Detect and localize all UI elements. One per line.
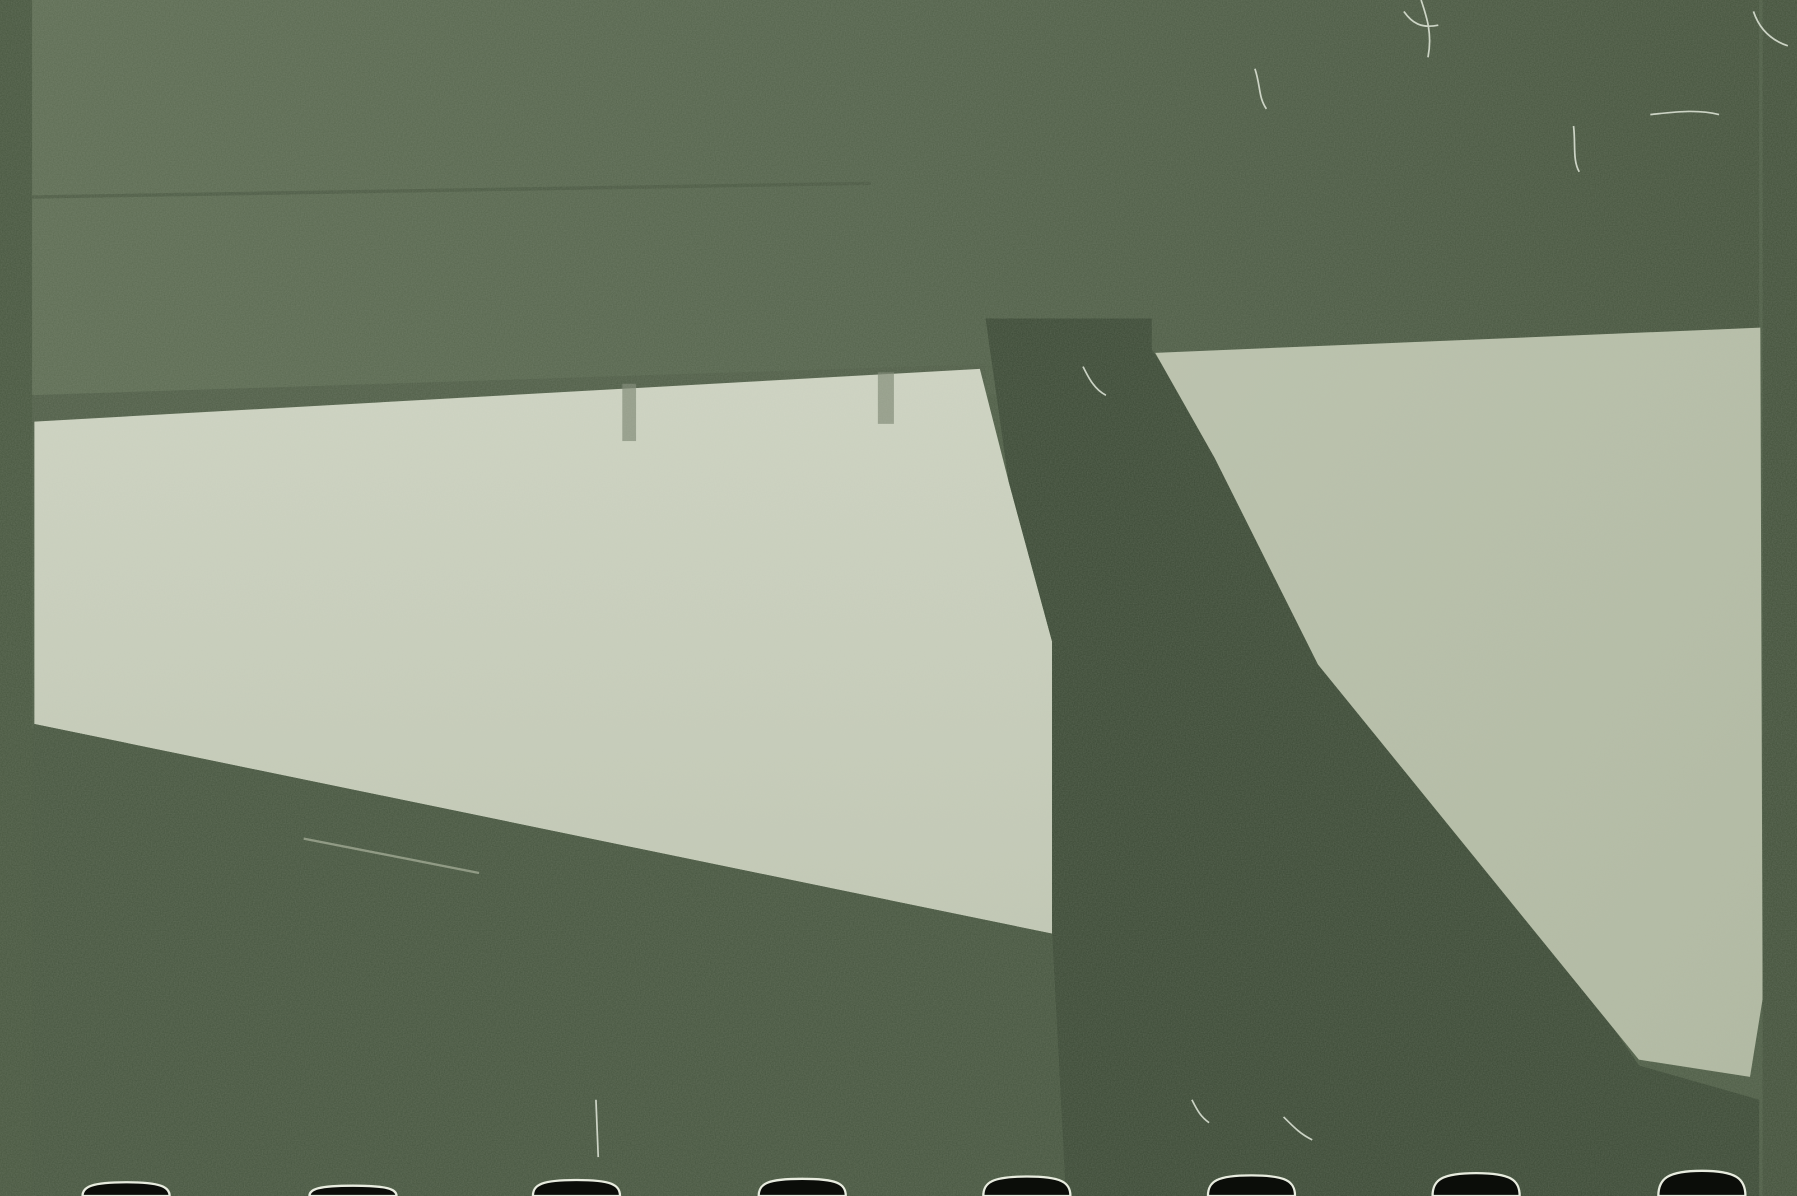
sprocket-hole (309, 1186, 396, 1196)
sprocket-hole (83, 1182, 170, 1196)
sprocket-hole (983, 1177, 1070, 1196)
sprocket-hole (533, 1180, 620, 1196)
sprocket-hole (1658, 1171, 1745, 1196)
sprocket-hole (1208, 1175, 1295, 1196)
sprocket-hole (1433, 1173, 1520, 1196)
film-photograph (0, 0, 1797, 1196)
sprocket-hole (759, 1179, 846, 1196)
